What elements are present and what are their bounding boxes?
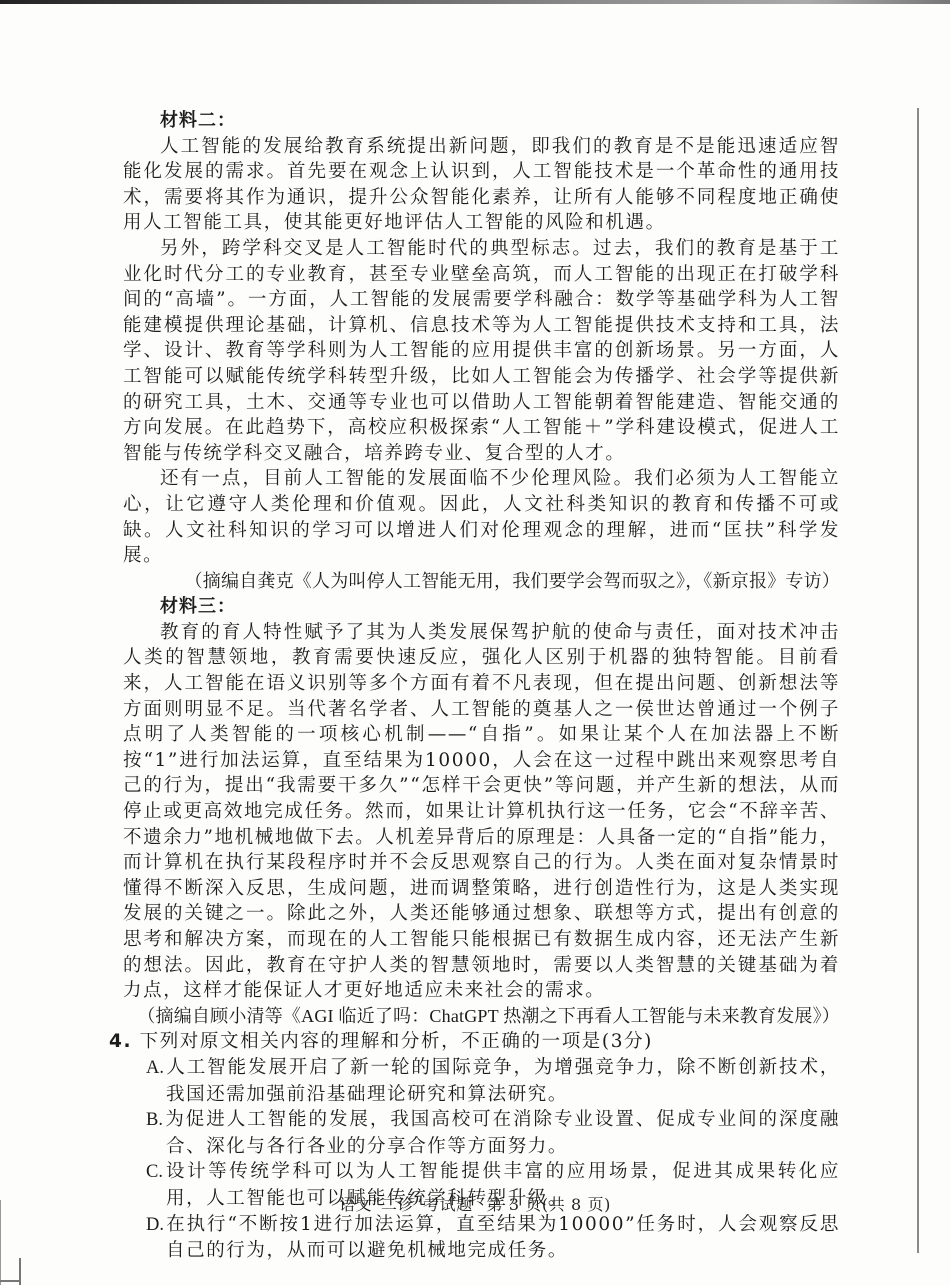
material2-source: （摘编自龚克《人为叫停人工智能无用，我们要学会驾而驭之》，《新京报》专访） [123,569,840,595]
footer-subject: 语文“二诊”考试题 [339,1195,473,1214]
option-text: 为促进人工智能的发展，我国高校可在消除专业设置、促成专业间的深度融合、深化与各行… [165,1109,840,1157]
material2-paragraph-3: 还有一点，目前人工智能的发展面临不少伦理风险。我们必须为人工智能立心，让它遵守人… [123,466,840,568]
option-letter: B. [146,1110,163,1130]
option-d[interactable]: D.在执行“不断按1进行加法运算，直至结果为10000”任务时，人会观察反思自己… [123,1212,840,1264]
option-b[interactable]: B.为促进人工智能的发展，我国高校可在消除专业设置、促成专业间的深度融合、深化与… [123,1107,840,1159]
option-text: 在执行“不断按1进行加法运算，直至结果为10000”任务时，人会观察反思自己的行… [166,1214,840,1262]
material3-source: （摘编自顾小清等《AGI 临近了吗：ChatGPT 热潮之下再看人工智能与未来教… [123,1004,840,1030]
footer-page-number: 第 3 页(共 8 页) [487,1195,611,1214]
question-4-stem: 4. 下列对原文相关内容的理解和分析，不正确的一项是(3分) [109,1029,826,1055]
option-letter: D. [146,1215,164,1235]
material2-heading: 材料二： [123,108,840,134]
option-letter: A. [146,1058,164,1078]
crop-mark-horizontal [0,1280,20,1282]
option-text: 人工智能发展开启了新一轮的国际竞争，为增强竞争力，除不断创新技术，我国还需加强前… [166,1057,840,1105]
question-number: 4. [109,1031,132,1052]
option-letter: C. [146,1162,163,1182]
material3-paragraph-1: 教育的育人特性赋予了其为人类发展保驾护航的使命与责任，面对技术冲击人类的智慧领地… [123,620,840,1004]
material2-paragraph-1: 人工智能的发展给教育系统提出新问题，即我们的教育是不是能迅速适应智能化发展的需求… [123,134,840,236]
material3-heading: 材料三： [123,594,840,620]
exam-page-body: 材料二： 人工智能的发展给教育系统提出新问题，即我们的教育是不是能迅速适应智能化… [123,108,840,1264]
scan-top-edge [0,0,950,4]
material2-paragraph-2: 另外，跨学科交叉是人工智能时代的典型标志。过去，我们的教育是基于工业化时代分工的… [123,236,840,466]
margin-rule [917,108,919,1253]
option-a[interactable]: A.人工智能发展开启了新一轮的国际竞争，为增强竞争力，除不断创新技术，我国还需加… [123,1055,840,1107]
page-footer: 语文“二诊”考试题 第 3 页(共 8 页) [0,1192,950,1215]
question-text: 下列对原文相关内容的理解和分析，不正确的一项是(3分) [140,1031,653,1052]
